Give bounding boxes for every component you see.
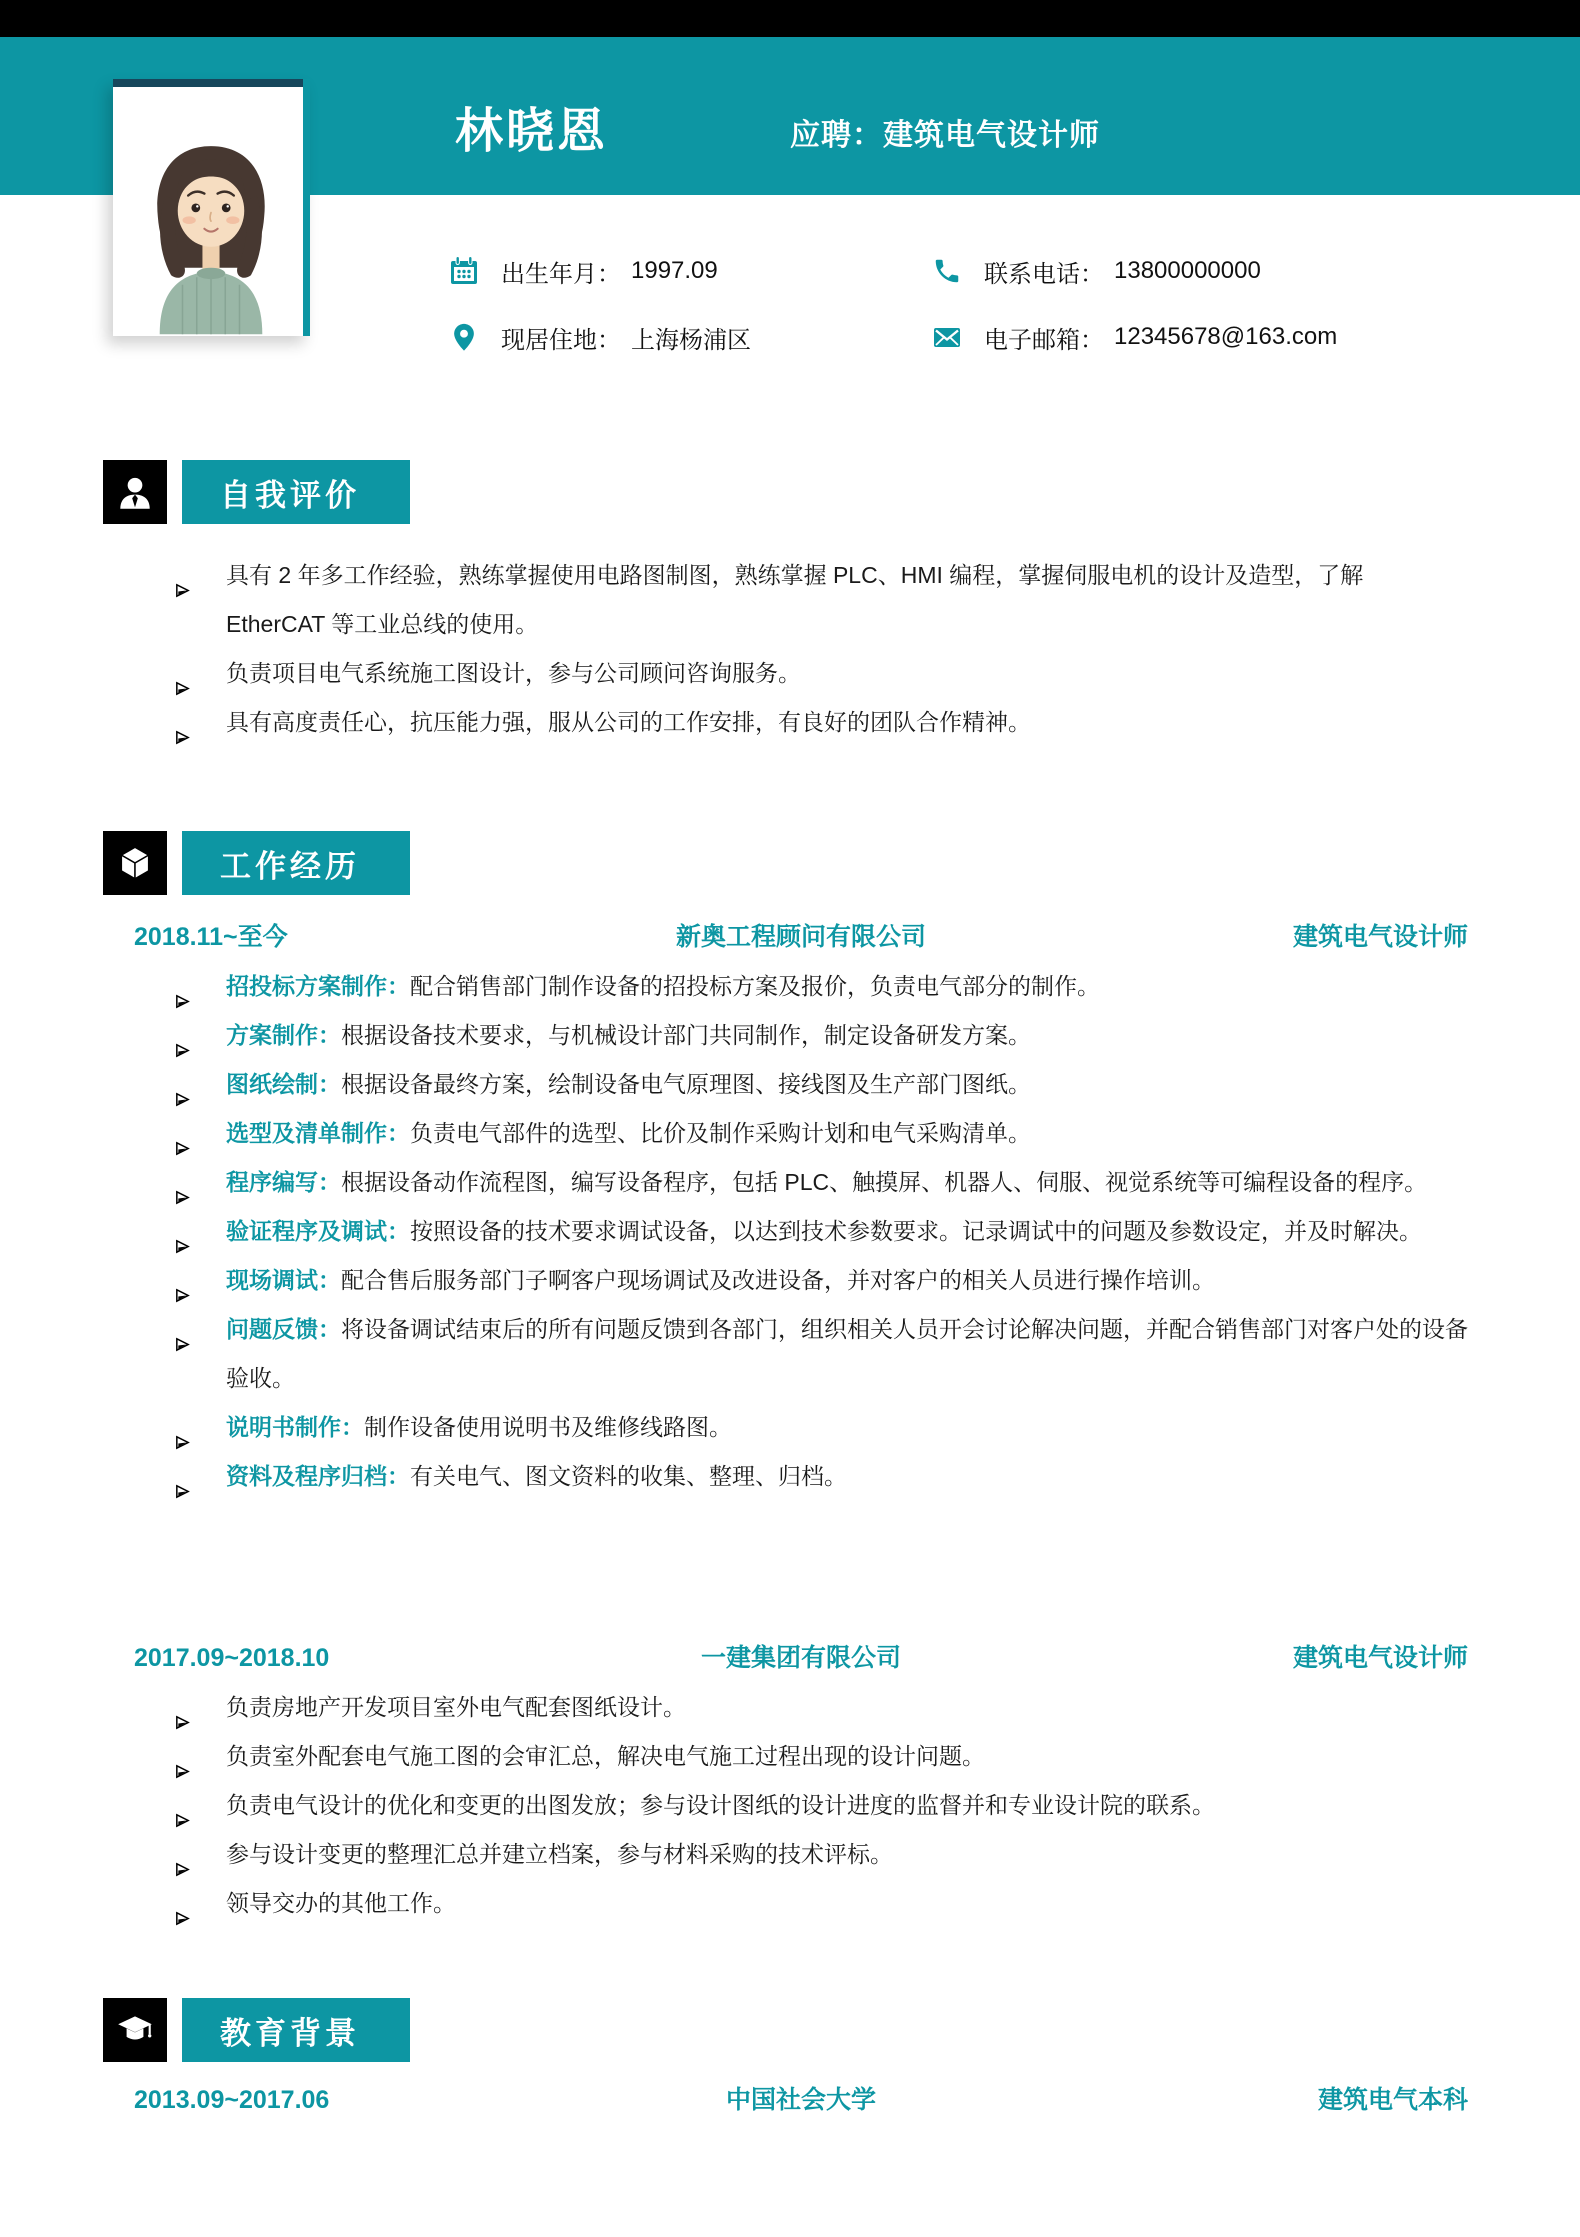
phone-icon [930, 254, 964, 288]
contact-label: 出生年月： [501, 254, 621, 289]
job-period: 2018.11~至今 [134, 913, 474, 962]
list-item: 参与设计变更的整理汇总并建立档案，参与材料采购的技术评标。 [134, 1830, 1468, 1879]
section-header-work: 工作经历 [103, 831, 410, 895]
job-role: 建筑电气设计师 [1128, 1634, 1468, 1683]
job-duty-list: 负责房地产开发项目室外电气配套图纸设计。 负责室外配套电气施工图的会审汇总，解决… [134, 1683, 1468, 1928]
list-item: 领导交办的其他工作。 [134, 1879, 1468, 1928]
job-duty-list: 招投标方案制作：配合销售部门制作设备的招投标方案及报价，负责电气部分的制作。 方… [134, 962, 1468, 1501]
contact-value: 13800000000 [1114, 257, 1261, 285]
education-period: 2013.09~2017.06 [134, 2076, 474, 2125]
contact-info: 出生年月： 1997.09 联系电话： 13800000000 现居住地： 上海… [447, 238, 1337, 370]
applying-position: 应聘：建筑电气设计师 [790, 110, 1100, 154]
list-item: 现场调试：配合售后服务部门子啊客户现场调试及改进设备，并对客户的相关人员进行操作… [134, 1256, 1468, 1305]
contact-birth: 出生年月： 1997.09 [447, 254, 930, 289]
contact-label: 现居住地： [501, 320, 621, 355]
job-company: 新奥工程顾问有限公司 [474, 913, 1128, 962]
job-role: 建筑电气设计师 [1128, 913, 1468, 962]
list-item: 具有 2 年多工作经验，熟练掌握使用电路图制图，熟练掌握 PLC、HMI 编程，… [134, 551, 1468, 649]
arrow-bullet-icon [174, 714, 191, 763]
list-item: 选型及清单制作：负责电气部件的选型、比价及制作采购计划和电气采购清单。 [134, 1109, 1468, 1158]
list-item: 方案制作：根据设备技术要求，与机械设计部门共同制作，制定设备研发方案。 [134, 1011, 1468, 1060]
arrow-bullet-icon [174, 1321, 191, 1370]
top-black-bar [0, 0, 1580, 37]
location-icon [447, 320, 481, 354]
list-item: 负责室外配套电气施工图的会审汇总，解决电气施工过程出现的设计问题。 [134, 1732, 1468, 1781]
list-item: 具有高度责任心，抗压能力强，服从公司的工作安排，有良好的团队合作精神。 [134, 698, 1468, 747]
photo-right-accent [303, 79, 310, 336]
list-item: 说明书制作：制作设备使用说明书及维修线路图。 [134, 1403, 1468, 1452]
profile-photo [113, 79, 310, 336]
list-item: 资料及程序归档：有关电气、图文资料的收集、整理、归档。 [134, 1452, 1468, 1501]
contact-value: 1997.09 [631, 257, 718, 285]
job-company: 一建集团有限公司 [474, 1634, 1128, 1683]
list-item: 负责房地产开发项目室外电气配套图纸设计。 [134, 1683, 1468, 1732]
list-item: 负责项目电气系统施工图设计，参与公司顾问咨询服务。 [134, 649, 1468, 698]
section-header-education: 教育背景 [103, 1998, 410, 2062]
list-item: 招投标方案制作：配合销售部门制作设备的招投标方案及报价，负责电气部分的制作。 [134, 962, 1468, 1011]
arrow-bullet-icon [174, 1468, 191, 1517]
calendar-icon [447, 254, 481, 288]
education-entry: 2013.09~2017.06 中国社会大学 建筑电气本科 [134, 2076, 1468, 2125]
education-heading: 2013.09~2017.06 中国社会大学 建筑电气本科 [134, 2076, 1468, 2125]
candidate-name: 林晓恩 [455, 92, 608, 161]
resume-page: 林晓恩 应聘：建筑电气设计师 [0, 0, 1580, 2237]
photo-top-accent [113, 79, 310, 87]
education-degree: 建筑电气本科 [1128, 2076, 1468, 2125]
section-header-self-eval: 自我评价 [103, 460, 410, 524]
graduation-cap-icon [103, 1998, 167, 2062]
mail-icon [930, 320, 964, 354]
list-item: 程序编写：根据设备动作流程图，编写设备程序，包括 PLC、触摸屏、机器人、伺服、… [134, 1158, 1468, 1207]
list-item: 负责电气设计的优化和变更的出图发放；参与设计图纸的设计进度的监督并和专业设计院的… [134, 1781, 1468, 1830]
list-item: 图纸绘制：根据设备最终方案，绘制设备电气原理图、接线图及生产部门图纸。 [134, 1060, 1468, 1109]
job-period: 2017.09~2018.10 [134, 1634, 474, 1683]
contact-value: 12345678@163.com [1114, 323, 1337, 351]
contact-residence: 现居住地： 上海杨浦区 [447, 320, 930, 355]
section-title: 自我评价 [182, 460, 410, 524]
self-eval-list: 具有 2 年多工作经验，熟练掌握使用电路图制图，熟练掌握 PLC、HMI 编程，… [134, 551, 1468, 747]
job-entry-1: 2018.11~至今 新奥工程顾问有限公司 建筑电气设计师 招投标方案制作：配合… [134, 913, 1468, 1501]
cube-icon [103, 831, 167, 895]
list-item: 问题反馈：将设备调试结束后的所有问题反馈到各部门，组织相关人员开会讨论解决问题，… [134, 1305, 1468, 1403]
contact-label: 联系电话： [984, 254, 1104, 289]
arrow-bullet-icon [174, 1895, 191, 1944]
list-item: 验证程序及调试：按照设备的技术要求调试设备，以达到技术参数要求。记录调试中的问题… [134, 1207, 1468, 1256]
job-heading: 2017.09~2018.10 一建集团有限公司 建筑电气设计师 [134, 1634, 1468, 1683]
education-school: 中国社会大学 [474, 2076, 1128, 2125]
contact-phone: 联系电话： 13800000000 [930, 254, 1337, 289]
avatar-illustration [116, 131, 306, 336]
contact-email: 电子邮箱： 12345678@163.com [930, 320, 1337, 355]
section-title: 教育背景 [182, 1998, 410, 2062]
job-heading: 2018.11~至今 新奥工程顾问有限公司 建筑电气设计师 [134, 913, 1468, 962]
contact-value: 上海杨浦区 [631, 320, 751, 355]
person-icon [103, 460, 167, 524]
contact-label: 电子邮箱： [984, 320, 1104, 355]
arrow-bullet-icon [174, 567, 191, 616]
section-title: 工作经历 [182, 831, 410, 895]
job-entry-2: 2017.09~2018.10 一建集团有限公司 建筑电气设计师 负责房地产开发… [134, 1634, 1468, 1928]
